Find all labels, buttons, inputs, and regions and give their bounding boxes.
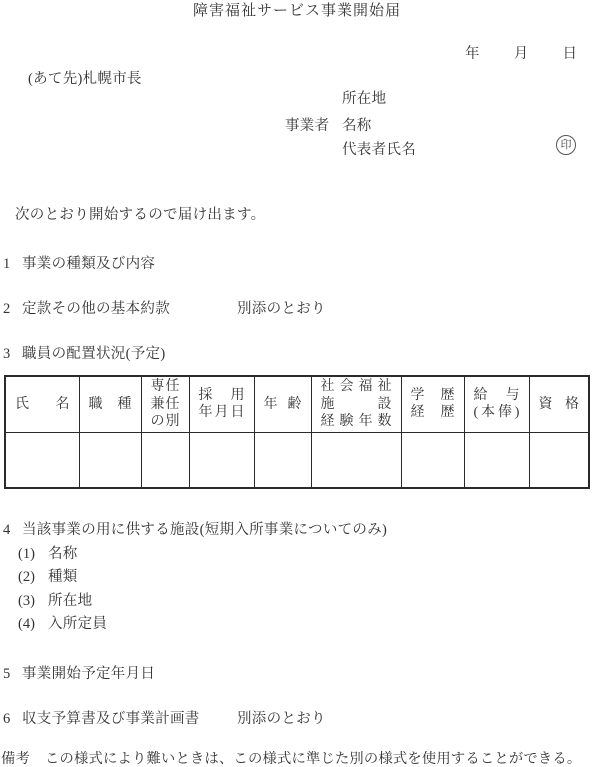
header-cell-welfare-experience: 社会福祉 施設 経験年数 [311, 376, 401, 432]
item-3: 3職員の配置状況(予定) [3, 345, 590, 364]
staff-empty-cell [189, 432, 254, 488]
item-1: 1事業の種類及び内容 [3, 255, 590, 274]
item-4: 4当該事業の用に供する施設(短期入所事業についてのみ) [3, 521, 590, 540]
header-qualification-label: 資格 [539, 396, 580, 414]
header-salary-line2: (本俸) [474, 404, 520, 422]
staff-empty-cell [529, 432, 589, 488]
item-6-number: 6 [3, 710, 22, 729]
staff-empty-cell [311, 432, 401, 488]
staff-empty-cell [254, 432, 311, 488]
header-cell-qualification: 資格 [529, 376, 589, 432]
staff-empty-cell [141, 432, 189, 488]
staff-empty-cell [5, 432, 79, 488]
subitem-2-marker: (2) [18, 568, 48, 587]
staff-table-header-row: 氏名 職種 専任 兼任 の別 採用 年月日 年齢 社会福祉 施設 経験年数 [5, 376, 589, 432]
item-2-number: 2 [3, 300, 22, 319]
item-4-text: 当該事業の用に供する施設(短期入所事業についてのみ) [22, 522, 387, 538]
header-cell-hire-date: 採用 年月日 [189, 376, 254, 432]
header-welfare-line2: 施設 [321, 396, 392, 414]
item-2-note: 別添のとおり [237, 300, 326, 319]
subitem-4-marker: (4) [18, 615, 48, 634]
remarks-label: 備考 [1, 750, 45, 767]
subitem-2-label: 種類 [48, 569, 78, 585]
item-1-number: 1 [3, 255, 22, 274]
item-1-text: 事業の種類及び内容 [22, 256, 155, 272]
header-cell-fulltime-status: 専任 兼任 の別 [141, 376, 189, 432]
date-line: 年 月 日 [465, 45, 577, 64]
item-3-text: 職員の配置状況(予定) [22, 346, 165, 362]
subitem-3-marker: (3) [18, 592, 48, 611]
item-2: 2定款その他の基本約款 別添のとおり [3, 300, 590, 319]
subitem-1-marker: (1) [18, 545, 48, 564]
item-5: 5事業開始予定年月日 [3, 665, 590, 684]
document-page: 障害福祉サービス事業開始届 年 月 日 (あて先)札幌市長 所在地 事業者 名称… [0, 0, 594, 767]
header-education-line1: 学歴 [411, 387, 455, 405]
remarks-text: この様式により難いときは、この様式に準じた別の様式を使用することができる。 [45, 751, 581, 767]
date-month-label: 月 [514, 45, 529, 64]
header-cell-age: 年齢 [254, 376, 311, 432]
item-4-subitem-2: (2)種類 [18, 568, 78, 587]
date-year-label: 年 [465, 45, 480, 64]
intro-sentence: 次のとおり開始するので届け出ます。 [15, 206, 265, 225]
header-cell-name: 氏名 [5, 376, 79, 432]
header-hire-date-line1: 採用 [199, 387, 245, 405]
item-6-note: 別添のとおり [237, 710, 326, 729]
date-day-label: 日 [563, 45, 578, 64]
item-2-text: 定款その他の基本約款 [22, 301, 170, 317]
header-job-type-label: 職種 [89, 396, 132, 414]
subitem-4-label: 入所定員 [48, 616, 107, 632]
page-title: 障害福祉サービス事業開始届 [0, 2, 594, 21]
item-3-number: 3 [3, 345, 22, 364]
subitem-1-label: 名称 [48, 546, 78, 562]
staff-empty-cell [79, 432, 141, 488]
item-4-number: 4 [3, 521, 22, 540]
item-6-text: 収支予算書及び事業計画書 [22, 711, 200, 727]
header-fulltime-line1: 専任 [151, 378, 180, 396]
header-welfare-line3: 経験年数 [321, 413, 392, 431]
staff-table-empty-row [5, 432, 589, 488]
item-4-subitem-1: (1)名称 [18, 545, 78, 564]
header-cell-education-history: 学歴 経歴 [401, 376, 464, 432]
header-salary-line1: 給与 [474, 387, 520, 405]
applicant-representative-label: 代表者氏名 [342, 141, 416, 160]
header-education-line2: 経歴 [411, 404, 455, 422]
item-5-number: 5 [3, 665, 22, 684]
header-name-label: 氏名 [15, 396, 70, 414]
header-cell-job-type: 職種 [79, 376, 141, 432]
staff-allocation-table: 氏名 職種 専任 兼任 の別 採用 年月日 年齢 社会福祉 施設 経験年数 [4, 375, 590, 489]
item-4-subitem-4: (4)入所定員 [18, 615, 107, 634]
applicant-address-label: 所在地 [342, 90, 386, 109]
item-5-text: 事業開始予定年月日 [22, 666, 155, 682]
seal-mark-icon: 印 [556, 135, 576, 155]
header-age-label: 年齢 [264, 396, 302, 414]
header-fulltime-line3: の別 [151, 413, 180, 431]
header-welfare-line1: 社会福祉 [321, 378, 392, 396]
applicant-name-label: 名称 [342, 117, 372, 136]
item-6: 6収支予算書及び事業計画書 別添のとおり [3, 710, 590, 729]
remarks-line: 備考この様式により難いときは、この様式に準じた別の様式を使用することができる。 [1, 750, 581, 767]
header-hire-date-line2: 年月日 [199, 404, 245, 422]
header-fulltime-line2: 兼任 [151, 396, 180, 414]
applicant-group-label: 事業者 [285, 117, 329, 136]
addressee-line: (あて先)札幌市長 [28, 70, 142, 89]
item-4-subitem-3: (3)所在地 [18, 592, 92, 611]
subitem-3-label: 所在地 [48, 593, 92, 609]
staff-empty-cell [464, 432, 529, 488]
staff-empty-cell [401, 432, 464, 488]
header-cell-salary: 給与 (本俸) [464, 376, 529, 432]
